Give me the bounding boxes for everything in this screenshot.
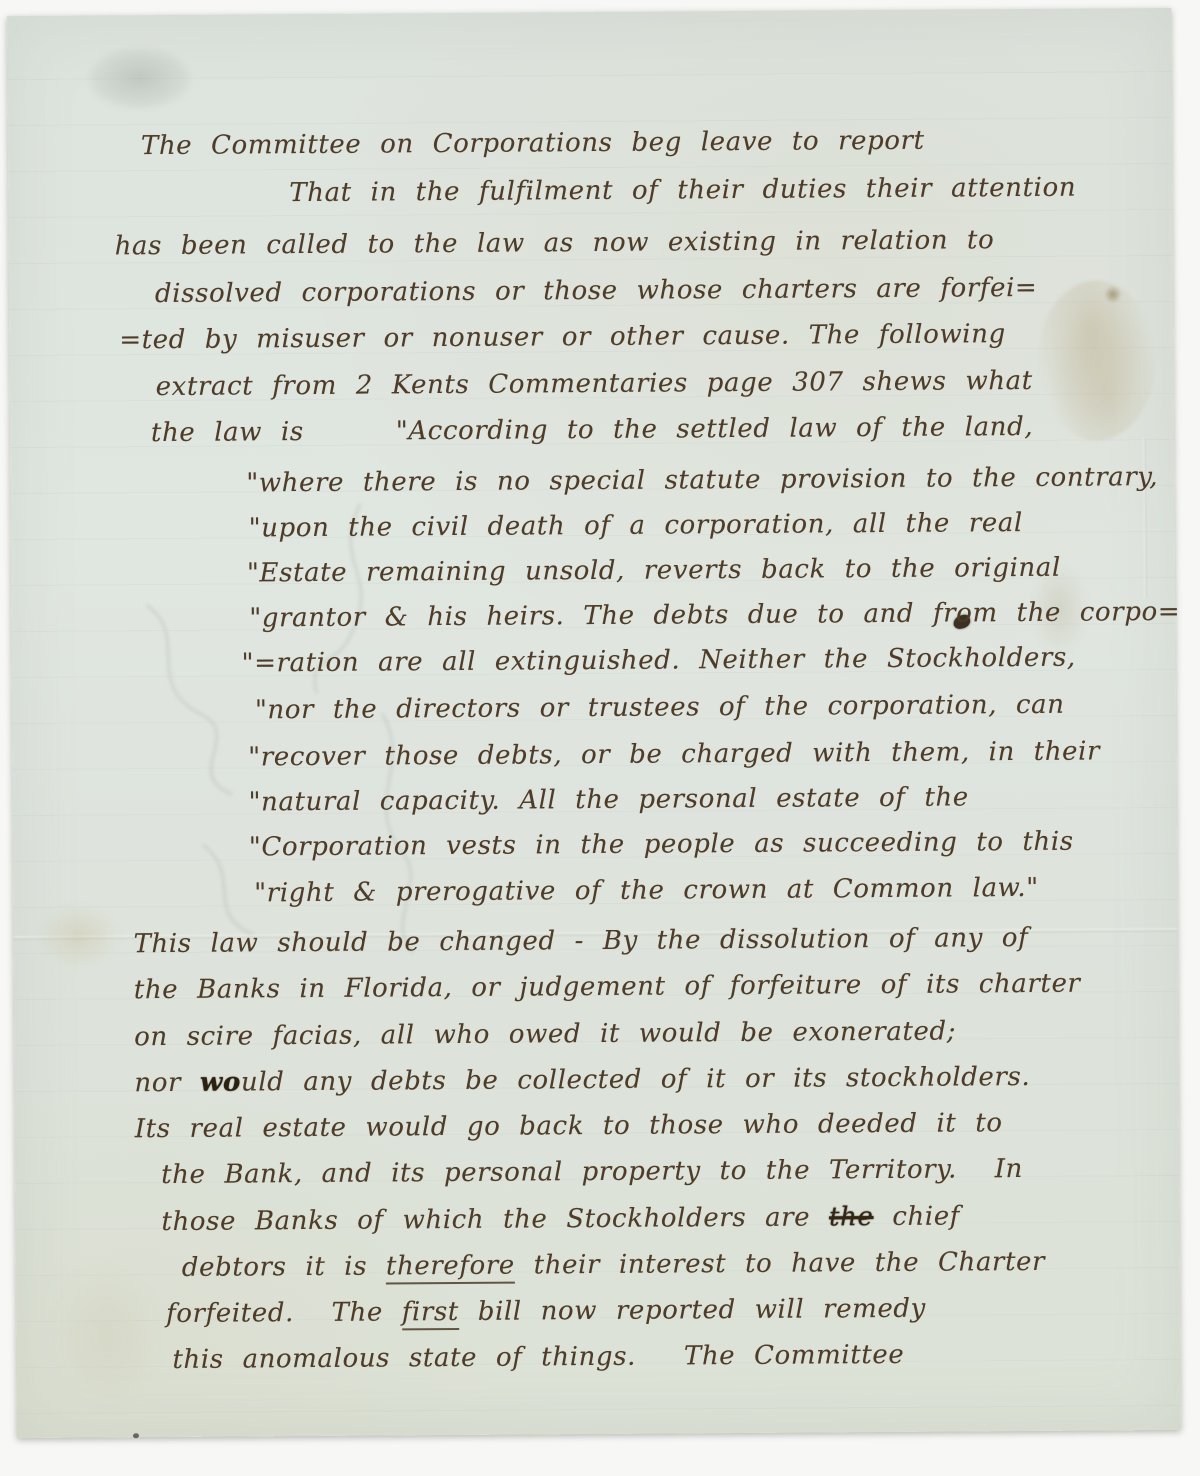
- manuscript-line-3: has been called to the law as now existi…: [115, 225, 995, 261]
- underlined-word: first: [402, 1297, 459, 1330]
- manuscript-line-7: the law is"According to the settled law …: [151, 412, 1033, 448]
- manuscript-line-1: The Committee on Corporations beg leave …: [141, 126, 925, 161]
- handwritten-text: The Committee on Corporations beg leave …: [7, 8, 1181, 1438]
- manuscript-line-14: "recover those debts, or be charged with…: [248, 736, 1100, 772]
- spacing-gap: [304, 439, 396, 440]
- manuscript-line-18: This law should be changed - By the diss…: [133, 923, 1028, 959]
- struck-word: the: [829, 1202, 874, 1232]
- manuscript-line-6: extract from 2 Kents Commentaries page 3…: [156, 366, 1033, 402]
- manuscript-line-2: That in the fulfilment of their duties t…: [289, 173, 1076, 208]
- overwritten-letters: wo: [200, 1067, 241, 1097]
- manuscript-line-11: "grantor & his heirs. The debts due to a…: [249, 597, 1180, 633]
- manuscript-line-8: "where there is no special statute provi…: [246, 462, 1158, 498]
- manuscript-line-4: dissolved corporations or those whose ch…: [155, 273, 1038, 309]
- manuscript-line-9: "upon the civil death of a corporation, …: [249, 508, 1023, 543]
- manuscript-line-19: the Banks in Florida, or judgement of fo…: [134, 969, 1081, 1006]
- manuscript-line-24: those Banks of which the Stockholders ar…: [161, 1201, 960, 1237]
- manuscript-line-26: forfeited. The first bill now reported w…: [166, 1294, 926, 1329]
- manuscript-line-21: nor would any debts be collected of it o…: [134, 1062, 1030, 1098]
- manuscript-line-15: "natural capacity. All the personal esta…: [248, 782, 969, 817]
- manuscript-line-10: "Estate remaining unsold, reverts back t…: [247, 553, 1061, 589]
- underlined-word: therefore: [386, 1251, 515, 1285]
- manuscript-line-22: Its real estate would go back to those w…: [135, 1108, 1003, 1144]
- manuscript-line-17: "right & prerogative of the crown at Com…: [254, 873, 1039, 908]
- manuscript-line-23: the Bank, and its personal property to t…: [161, 1154, 1023, 1190]
- manuscript-paper: The Committee on Corporations beg leave …: [7, 8, 1181, 1438]
- manuscript-line-16: "Corporation vests in the people as succ…: [249, 827, 1074, 863]
- manuscript-line-12: "=ration are all extinguished. Neither t…: [241, 643, 1075, 679]
- manuscript-line-25: debtors it is therefore their interest t…: [182, 1247, 1046, 1283]
- manuscript-line-13: "nor the directors or trustees of the co…: [255, 690, 1065, 726]
- manuscript-line-20: on scire facias, all who owed it would b…: [134, 1016, 956, 1052]
- manuscript-line-27: this anomalous state of things.The Commi…: [172, 1340, 904, 1375]
- scanned-manuscript-page: { "colors": { "paper": "#dde3dd", "ink":…: [0, 0, 1200, 1476]
- manuscript-line-5: =ted by misuser or nonuser or other caus…: [119, 319, 1006, 355]
